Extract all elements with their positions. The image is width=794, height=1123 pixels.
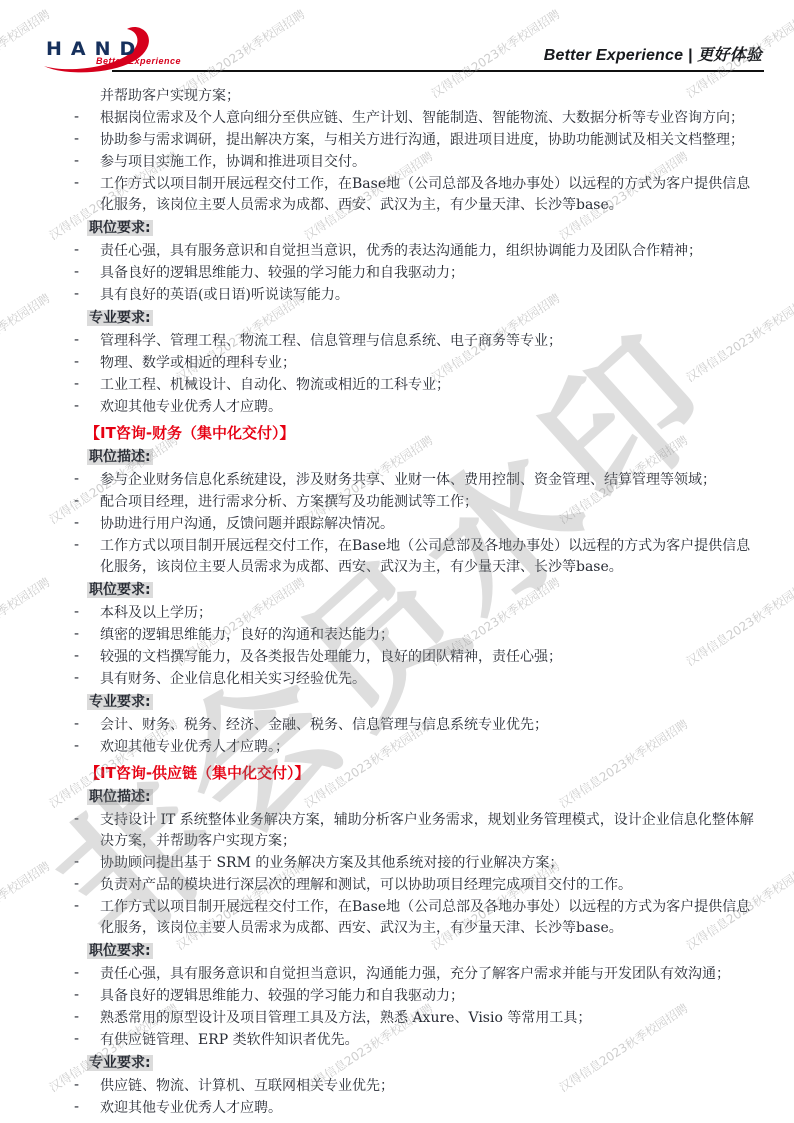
subsection-header: 职位要求: <box>87 941 758 962</box>
bullet-item: -具有财务、企业信息化相关实习经验优先。 <box>100 669 758 690</box>
bullet-item: -协助进行用户沟通，反馈问题并跟踪解决情况。 <box>100 514 758 535</box>
subsection-header: 专业要求: <box>87 1053 758 1074</box>
bullet-text: 较强的文档撰写能力，及各类报告处理能力，良好的团队精神，责任心强； <box>100 649 562 665</box>
subsection-title-text: 专业要求: <box>87 310 153 326</box>
bullet-item: -工作方式以项目制开展远程交付工作，在Base地（公司总部及各地办事处）以远程的… <box>100 536 758 578</box>
header-divider <box>112 70 764 72</box>
bullet-dash: - <box>74 374 79 395</box>
bullet-text: 协助参与需求调研，提出解决方案，与相关方进行沟通，跟进项目进度，协助功能测试及相… <box>100 132 744 148</box>
bullet-dash: - <box>74 129 79 150</box>
bullet-text: 欢迎其他专业优秀人才应聘。； <box>100 739 289 755</box>
bullet-text: 具有良好的英语(或日语)听说读写能力。 <box>100 287 349 303</box>
bullet-item: -物理、数学或相近的理科专业； <box>100 353 758 374</box>
bullet-text: 工业工程、机械设计、自动化、物流或相近的工科专业； <box>100 377 450 393</box>
bullet-item: -欢迎其他专业优秀人才应聘。 <box>100 1098 758 1119</box>
section-header: 【IT咨询-财务（集中化交付）】 <box>85 423 758 444</box>
bullet-text: 负责对产品的模块进行深层次的理解和测试，可以协助项目经理完成项目交付的工作。 <box>100 877 632 893</box>
bullet-item: -较强的文档撰写能力，及各类报告处理能力，良好的团队精神，责任心强； <box>100 647 758 668</box>
bullet-dash: - <box>74 668 79 689</box>
bullet-item: -协助顾问提出基于 SRM 的业务解决方案及其他系统对接的行业解决方案； <box>100 853 758 874</box>
bullet-text: 熟悉常用的原型设计及项目管理工具及方法，熟悉 Axure、Visio 等常用工具… <box>100 1010 591 1026</box>
bullet-item: -责任心强，具有服务意识和自觉担当意识，沟通能力强，充分了解客户需求并能与开发团… <box>100 964 758 985</box>
continuation-line: 并帮助客户实现方案； <box>100 86 758 107</box>
bullet-item: -本科及以上学历； <box>100 603 758 624</box>
bullet-text: 欢迎其他专业优秀人才应聘。 <box>100 1100 282 1116</box>
bullet-item: -具有良好的英语(或日语)听说读写能力。 <box>100 285 758 306</box>
bullet-text: 物理、数学或相近的理科专业； <box>100 355 296 371</box>
document-page: HAND Better Experience Better Experience… <box>0 0 794 1123</box>
bullet-item: -具备良好的逻辑思维能力、较强的学习能力和自我驱动力； <box>100 986 758 1007</box>
bullet-dash: - <box>74 535 79 556</box>
bullet-dash: - <box>74 963 79 984</box>
bullet-text: 参与项目实施工作，协调和推进项目交付。 <box>100 154 366 170</box>
bullet-item: -参与企业财务信息化系统建设，涉及财务共享、业财一体、费用控制、资金管理、结算管… <box>100 470 758 491</box>
bullet-item: -根据岗位需求及个人意向细分至供应链、生产计划、智能制造、智能物流、大数据分析等… <box>100 108 758 129</box>
bullet-text: 具有财务、企业信息化相关实习经验优先。 <box>100 671 366 687</box>
bullet-dash: - <box>74 624 79 645</box>
bullet-text: 责任心强，具有服务意识和自觉担当意识，优秀的表达沟通能力，组织协调能力及团队合作… <box>100 243 702 259</box>
bullet-dash: - <box>74 240 79 261</box>
bullet-dash: - <box>74 396 79 417</box>
bullet-item: -欢迎其他专业优秀人才应聘。； <box>100 737 758 758</box>
bullet-text: 支持设计 IT 系统整体业务解决方案，辅助分析客户业务需求，规划业务管理模式，设… <box>100 812 754 849</box>
bullet-text: 有供应链管理、ERP 类软件知识者优先。 <box>100 1032 359 1048</box>
subsection-title-text: 职位要求: <box>87 582 153 598</box>
bullet-text: 欢迎其他专业优秀人才应聘。 <box>100 399 282 415</box>
bullet-text: 管理科学、管理工程、物流工程、信息管理与信息系统、电子商务等专业； <box>100 333 562 349</box>
bullet-item: -有供应链管理、ERP 类软件知识者优先。 <box>100 1030 758 1051</box>
bullet-text: 工作方式以项目制开展远程交付工作，在Base地（公司总部及各地办事处）以远程的方… <box>100 538 750 575</box>
bullet-text: 本科及以上学历； <box>100 605 212 621</box>
bullet-text: 责任心强，具有服务意识和自觉担当意识，沟通能力强，充分了解客户需求并能与开发团队… <box>100 966 730 982</box>
bullet-item: -支持设计 IT 系统整体业务解决方案，辅助分析客户业务需求，规划业务管理模式，… <box>100 810 758 852</box>
subsection-header: 职位要求: <box>87 580 758 601</box>
subsection-title-text: 专业要求: <box>87 1055 153 1071</box>
header-slogan: Better Experience | 更好体验 <box>544 42 762 65</box>
bullet-item: -配合项目经理，进行需求分析、方案撰写及功能测试等工作； <box>100 492 758 513</box>
bullet-text: 工作方式以项目制开展远程交付工作，在Base地（公司总部及各地办事处）以远程的方… <box>100 899 750 936</box>
bullet-dash: - <box>74 262 79 283</box>
bullet-item: -管理科学、管理工程、物流工程、信息管理与信息系统、电子商务等专业； <box>100 331 758 352</box>
bullet-dash: - <box>74 352 79 373</box>
bullet-dash: - <box>74 874 79 895</box>
bullet-item: -欢迎其他专业优秀人才应聘。 <box>100 397 758 418</box>
bullet-item: -工业工程、机械设计、自动化、物流或相近的工科专业； <box>100 375 758 396</box>
bullet-item: -责任心强，具有服务意识和自觉担当意识，优秀的表达沟通能力，组织协调能力及团队合… <box>100 241 758 262</box>
subsection-title-text: 职位要求: <box>87 943 153 959</box>
bullet-item: -缜密的逻辑思维能力，良好的沟通和表达能力； <box>100 625 758 646</box>
bullet-item: -负责对产品的模块进行深层次的理解和测试，可以协助项目经理完成项目交付的工作。 <box>100 875 758 896</box>
bullet-dash: - <box>74 1097 79 1118</box>
bullet-dash: - <box>74 513 79 534</box>
logo-tagline: Better Experience <box>96 56 181 66</box>
bullet-text: 会计、财务、税务、经济、金融、税务、信息管理与信息系统专业优先； <box>100 717 548 733</box>
subsection-header: 专业要求: <box>87 692 758 713</box>
document-body: 并帮助客户实现方案；-根据岗位需求及个人意向细分至供应链、生产计划、智能制造、智… <box>0 86 794 1120</box>
bullet-dash: - <box>74 896 79 917</box>
bullet-text: 供应链、物流、计算机、互联网相关专业优先； <box>100 1078 394 1094</box>
bullet-dash: - <box>74 1075 79 1096</box>
bullet-dash: - <box>74 1007 79 1028</box>
bullet-dash: - <box>74 809 79 830</box>
bullet-dash: - <box>74 151 79 172</box>
subsection-header: 职位描述: <box>87 447 758 468</box>
bullet-dash: - <box>74 985 79 1006</box>
bullet-text: 协助进行用户沟通，反馈问题并跟踪解决情况。 <box>100 516 394 532</box>
subsection-title-text: 职位描述: <box>87 789 153 805</box>
subsection-title-text: 专业要求: <box>87 694 153 710</box>
bullet-dash: - <box>74 602 79 623</box>
subsection-title-text: 职位描述: <box>87 449 153 465</box>
bullet-item: -具备良好的逻辑思维能力、较强的学习能力和自我驱动力； <box>100 263 758 284</box>
bullet-dash: - <box>74 736 79 757</box>
bullet-dash: - <box>74 469 79 490</box>
bullet-item: -供应链、物流、计算机、互联网相关专业优先； <box>100 1076 758 1097</box>
subsection-header: 职位描述: <box>87 787 758 808</box>
bullet-dash: - <box>74 107 79 128</box>
bullet-item: -工作方式以项目制开展远程交付工作，在Base地（公司总部及各地办事处）以远程的… <box>100 174 758 216</box>
subsection-title-text: 职位要求: <box>87 220 153 236</box>
bullet-dash: - <box>74 646 79 667</box>
bullet-item: -会计、财务、税务、经济、金融、税务、信息管理与信息系统专业优先； <box>100 715 758 736</box>
bullet-item: -熟悉常用的原型设计及项目管理工具及方法，熟悉 Axure、Visio 等常用工… <box>100 1008 758 1029</box>
subsection-header: 专业要求: <box>87 308 758 329</box>
bullet-dash: - <box>74 173 79 194</box>
bullet-dash: - <box>74 714 79 735</box>
bullet-text: 参与企业财务信息化系统建设，涉及财务共享、业财一体、费用控制、资金管理、结算管理… <box>100 472 716 488</box>
bullet-text: 具备良好的逻辑思维能力、较强的学习能力和自我驱动力； <box>100 265 464 281</box>
bullet-item: -协助参与需求调研，提出解决方案，与相关方进行沟通，跟进项目进度，协助功能测试及… <box>100 130 758 151</box>
bullet-text: 缜密的逻辑思维能力，良好的沟通和表达能力； <box>100 627 394 643</box>
bullet-text: 具备良好的逻辑思维能力、较强的学习能力和自我驱动力； <box>100 988 464 1004</box>
bullet-item: -参与项目实施工作，协调和推进项目交付。 <box>100 152 758 173</box>
bullet-dash: - <box>74 1029 79 1050</box>
bullet-dash: - <box>74 491 79 512</box>
bullet-item: -工作方式以项目制开展远程交付工作，在Base地（公司总部及各地办事处）以远程的… <box>100 897 758 939</box>
subsection-header: 职位要求: <box>87 218 758 239</box>
bullet-text: 工作方式以项目制开展远程交付工作，在Base地（公司总部及各地办事处）以远程的方… <box>100 176 750 213</box>
page-header: HAND Better Experience Better Experience… <box>0 0 794 80</box>
section-header: 【IT咨询-供应链（集中化交付）】 <box>85 763 758 784</box>
bullet-dash: - <box>74 330 79 351</box>
bullet-dash: - <box>74 284 79 305</box>
bullet-text: 根据岗位需求及个人意向细分至供应链、生产计划、智能制造、智能物流、大数据分析等专… <box>100 110 744 126</box>
bullet-text: 配合项目经理，进行需求分析、方案撰写及功能测试等工作； <box>100 494 478 510</box>
bullet-dash: - <box>74 852 79 873</box>
bullet-text: 协助顾问提出基于 SRM 的业务解决方案及其他系统对接的行业解决方案； <box>100 855 563 871</box>
